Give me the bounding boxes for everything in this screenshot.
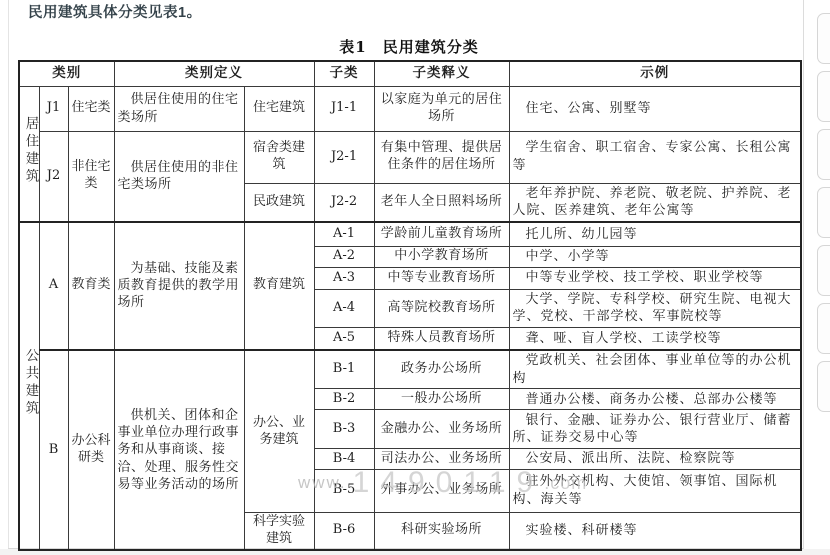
document-page: 民用建筑具体分类见表1。 表1 民用建筑分类 www. 1490119 .com…: [0, 0, 830, 555]
category-name-A: 教育类: [68, 222, 114, 351]
subclass-code-cell: A-3: [314, 267, 374, 289]
examples-cell: 公安局、派出所、法院、检察院等: [509, 449, 801, 470]
side-button-5[interactable]: [817, 245, 830, 296]
subclass-code-cell: J2-1: [314, 131, 374, 183]
examples-cell: 学生宿舍、职工宿舍、专家公寓、长租公寓等: [509, 131, 801, 183]
subtype-cell-sushe: 宿舍类建筑: [244, 131, 314, 183]
subclass-def-cell: 一般办公场所: [374, 389, 509, 410]
subclass-code-cell: B-6: [314, 512, 374, 549]
col-header-examples: 示例: [509, 61, 801, 86]
side-button-3[interactable]: [817, 129, 830, 180]
subclass-code-cell: B-5: [314, 469, 374, 512]
examples-cell: 实验楼、科研楼等: [509, 512, 801, 549]
subtype-cell-zhuzhai: 住宅建筑: [244, 86, 314, 131]
page-left-edge: [8, 0, 9, 548]
subclass-code-cell: A-5: [314, 327, 374, 350]
examples-cell: 住宅、公寓、别墅等: [509, 86, 801, 131]
table-row: 公共建筑 A 教育类 为基础、技能及素质教育提供的教学用场所 教育建筑 A-1 …: [19, 222, 801, 247]
category-code-J1: J1: [39, 86, 68, 131]
group-cell-public: 公共建筑: [19, 222, 39, 550]
subclass-code-cell: J1-1: [314, 86, 374, 131]
subclass-def-cell: 政务办公场所: [374, 350, 509, 389]
examples-cell: 老年养护院、养老院、敬老院、护养院、老人院、医养建筑、老年公寓等: [509, 183, 801, 222]
building-classification-table: 类别 类别定义 子类 子类释义 示例 居住建筑 J1 住宅类 供居住使用的住宅类…: [18, 60, 802, 551]
examples-cell: 聋、哑、盲人学校、工读学校等: [509, 327, 801, 350]
col-header-subclass-def: 子类释义: [374, 61, 509, 86]
subclass-code-cell: A-4: [314, 289, 374, 327]
examples-cell: 驻外外交机构、大使馆、领事馆、国际机构、海关等: [509, 469, 801, 512]
category-code-A: A: [39, 222, 68, 351]
subclass-def-cell: 中小学教育场所: [374, 247, 509, 268]
examples-cell: 银行、金融、证券办公、银行营业厅、储蓄所、证券交易中心等: [509, 410, 801, 449]
subclass-code-cell: B-4: [314, 449, 374, 470]
subclass-def-cell: 司法办公、业务场所: [374, 449, 509, 470]
category-def-B: 供机关、团体和企事业单位办理行政事务和从事商谈、接洽、处理、服务性交易等业务活动…: [114, 350, 244, 549]
examples-cell: 托儿所、幼儿园等: [509, 222, 801, 247]
subclass-def-cell: 学龄前儿童教育场所: [374, 222, 509, 247]
subclass-def-cell: 科研实验场所: [374, 512, 509, 549]
subclass-def-cell: 特殊人员教育场所: [374, 327, 509, 350]
subtype-cell-kexue: 科学实验建筑: [244, 512, 314, 549]
table-row: 居住建筑 J1 住宅类 供居住使用的住宅类场所 住宅建筑 J1-1 以家庭为单元…: [19, 86, 801, 131]
side-button-6[interactable]: [817, 303, 830, 354]
group-cell-residential: 居住建筑: [19, 86, 39, 222]
category-def-J1: 供居住使用的住宅类场所: [114, 86, 244, 131]
side-button-4[interactable]: [817, 187, 830, 238]
category-name-J1: 住宅类: [68, 86, 114, 131]
side-button-1[interactable]: [817, 13, 830, 64]
examples-cell: 普通办公楼、商务办公楼、总部办公楼等: [509, 389, 801, 410]
examples-cell: 党政机关、社会团体、事业单位等的办公机构: [509, 350, 801, 389]
category-name-J2: 非住宅类: [68, 131, 114, 222]
table-row: J2 非住宅类 供居住使用的非住宅类场所 宿舍类建筑 J2-1 有集中管理、提供…: [19, 131, 801, 183]
header-row: 类别 类别定义 子类 子类释义 示例: [19, 61, 801, 86]
examples-cell: 大学、学院、专科学校、研究生院、电视大学、党校、干部学校、军事院校等: [509, 289, 801, 327]
examples-cell: 中学、小学等: [509, 247, 801, 268]
subclass-def-cell: 金融办公、业务场所: [374, 410, 509, 449]
subclass-code-cell: B-1: [314, 350, 374, 389]
category-def-A: 为基础、技能及素质教育提供的教学用场所: [114, 222, 244, 351]
subtype-cell-jiaoyu: 教育建筑: [244, 222, 314, 351]
subtype-cell-bangong: 办公、业务建筑: [244, 350, 314, 512]
table-row: B 办公科研类 供机关、团体和企事业单位办理行政事务和从事商谈、接洽、处理、服务…: [19, 350, 801, 389]
subclass-code-cell: A-2: [314, 247, 374, 268]
side-button-7[interactable]: [817, 361, 830, 412]
subclass-code-cell: J2-2: [314, 183, 374, 222]
page-right-edge: [803, 0, 804, 555]
col-header-subclass: 子类: [314, 61, 374, 86]
examples-cell: 中等专业学校、技工学校、职业学校等: [509, 267, 801, 289]
category-name-B: 办公科研类: [68, 350, 114, 549]
subclass-code-cell: A-1: [314, 222, 374, 247]
category-code-J2: J2: [39, 131, 68, 222]
table-caption: 表1 民用建筑分类: [18, 36, 800, 57]
col-header-category: 类别: [19, 61, 114, 86]
subclass-def-cell: 高等院校教育场所: [374, 289, 509, 327]
intro-text: 民用建筑具体分类见表1。: [28, 3, 202, 23]
subclass-def-cell: 老年人全日照料场所: [374, 183, 509, 222]
subtype-cell-minzheng: 民政建筑: [244, 183, 314, 222]
subclass-def-cell: 以家庭为单元的居住场所: [374, 86, 509, 131]
category-def-J2: 供居住使用的非住宅类场所: [114, 131, 244, 222]
col-header-category-def: 类别定义: [114, 61, 314, 86]
subclass-code-cell: B-3: [314, 410, 374, 449]
side-button-2[interactable]: [817, 71, 830, 122]
subclass-def-cell: 外事办公、业务场所: [374, 469, 509, 512]
subclass-def-cell: 有集中管理、提供居住条件的居住场所: [374, 131, 509, 183]
subclass-def-cell: 中等专业教育场所: [374, 267, 509, 289]
category-code-B: B: [39, 350, 68, 549]
subclass-code-cell: B-2: [314, 389, 374, 410]
